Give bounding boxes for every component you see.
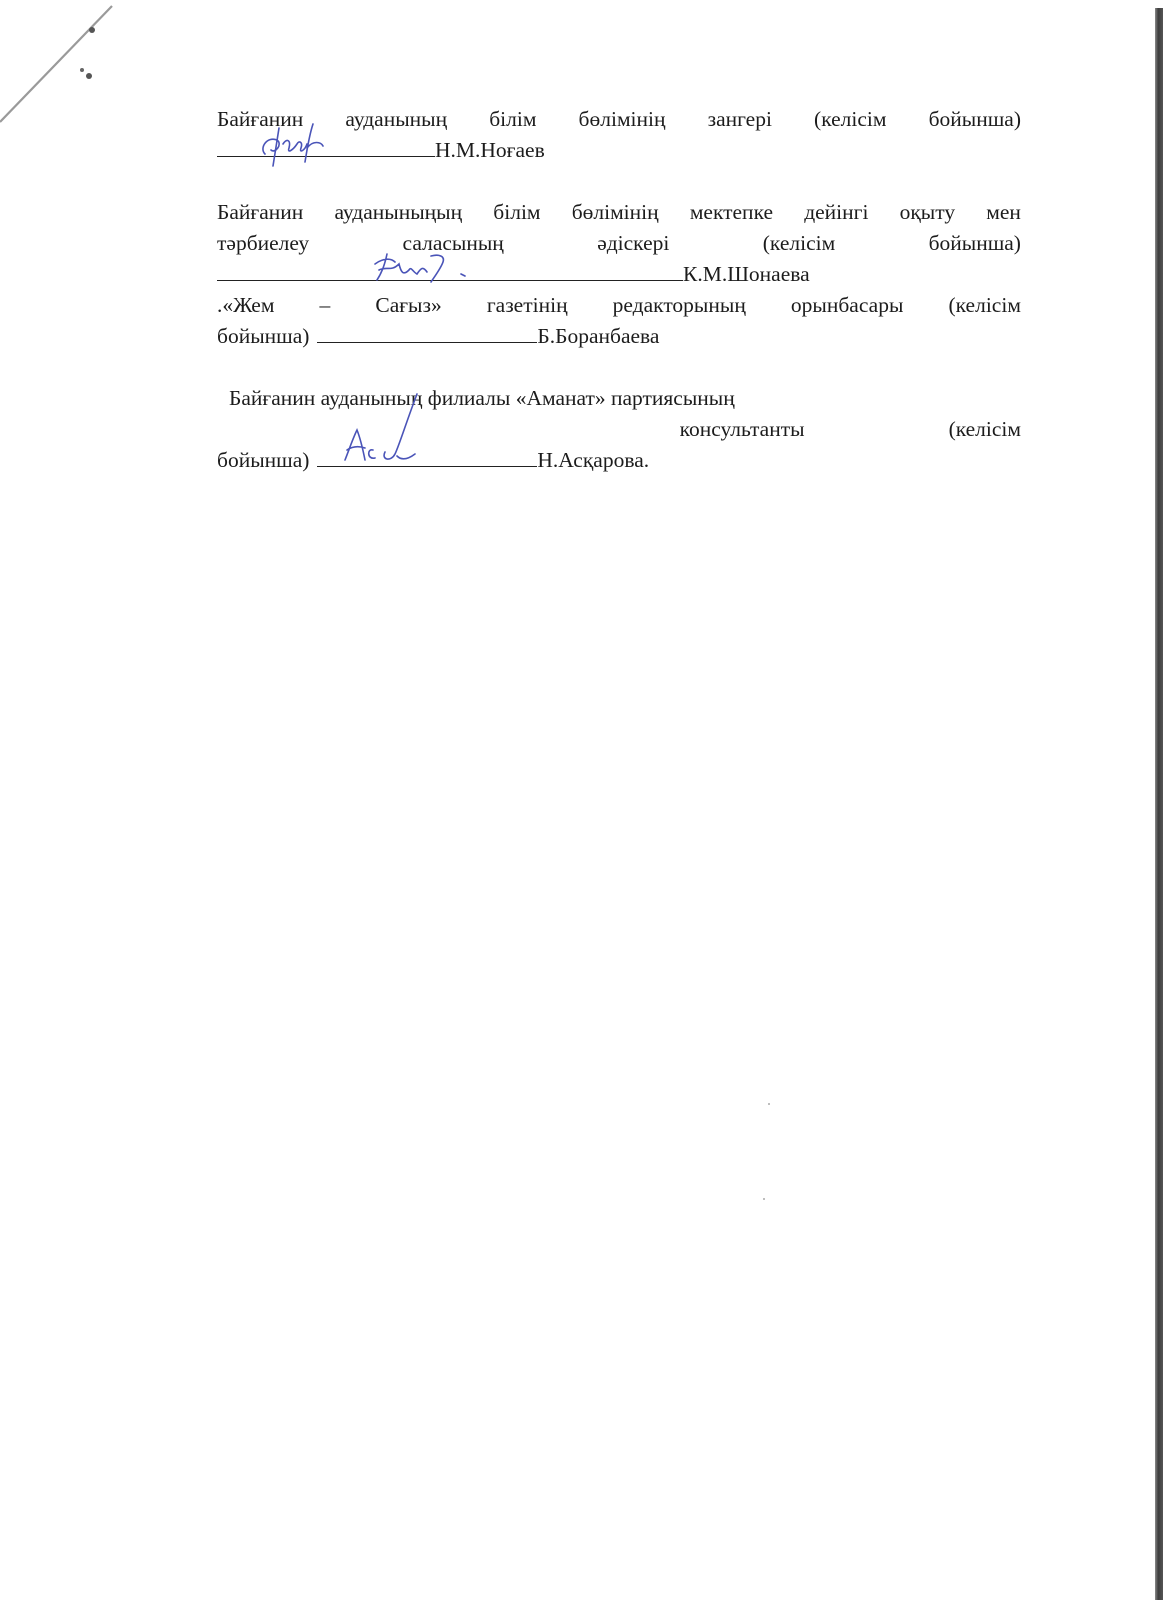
spacer: [217, 352, 1021, 383]
word: білім: [489, 104, 536, 135]
word: консультанты: [680, 414, 805, 445]
word: зангері: [708, 104, 772, 135]
approval-block-nogaev: Байғанин ауданының білім бөлімінің занге…: [217, 104, 1021, 166]
word: .«Жем: [217, 290, 274, 321]
word: (келісім: [948, 290, 1020, 321]
signature-row: бойынша) Н.Асқарова.: [217, 445, 1021, 476]
signature-line: [217, 138, 435, 157]
scan-border-edge: [1155, 8, 1163, 1600]
scan-speck: [768, 1103, 770, 1105]
spacer: [217, 166, 1021, 197]
signer-name: Б.Боранбаева: [537, 321, 659, 352]
signature-row: Н.М.Ноғаев: [217, 135, 1021, 166]
word: Байғанин: [217, 104, 303, 135]
signature-line: [317, 448, 537, 467]
approval-block-askarova: Байғанин ауданының филиалы «Аманат» парт…: [217, 383, 1021, 476]
text-line: Байғанин ауданының білім бөлімінің занге…: [217, 104, 1021, 135]
signer-name: Н.М.Ноғаев: [435, 135, 545, 166]
word: бөлімінің: [572, 197, 659, 228]
word: газетінің: [487, 290, 568, 321]
signature-row: К.М.Шонаева: [217, 259, 1021, 290]
text-line: Байғанин ауданыныңың білім бөлімінің мек…: [217, 197, 1021, 228]
word: оқыту: [900, 197, 956, 228]
word: білім: [493, 197, 540, 228]
word: ауданының: [345, 104, 447, 135]
word: бойынша): [929, 228, 1021, 259]
word: мен: [986, 197, 1021, 228]
scan-speck: [763, 1198, 765, 1200]
word: орынбасары: [791, 290, 903, 321]
word: (келісім: [949, 414, 1021, 445]
text-line: .«Жем – Сағыз» газетінің редакторының ор…: [217, 290, 1021, 321]
word: (келісім: [763, 228, 835, 259]
text-line: консультанты (келісім: [217, 414, 1021, 445]
word: (келісім: [814, 104, 886, 135]
approval-block-shonaeva: Байғанин ауданыныңың білім бөлімінің мек…: [217, 197, 1021, 290]
word: Байғанин: [217, 197, 303, 228]
signer-name: Н.Асқарова.: [537, 445, 649, 476]
word: –: [320, 290, 331, 321]
word: ауданыныңың: [334, 197, 462, 228]
word: әдіскері: [597, 228, 669, 259]
word: дейінгі: [804, 197, 868, 228]
text-segment: Байғанин ауданының филиалы «Аманат» парт…: [229, 383, 735, 414]
word: мектепке: [690, 197, 773, 228]
signer-name: К.М.Шонаева: [683, 259, 810, 290]
prefix-text: бойынша): [217, 321, 309, 352]
scan-scratch-mark: [0, 0, 130, 130]
word: саласының: [403, 228, 504, 259]
signature-line: [317, 324, 537, 343]
signature-line: [217, 262, 683, 281]
document-page: Байғанин ауданының білім бөлімінің занге…: [217, 104, 1021, 476]
word: редакторының: [613, 290, 746, 321]
signature-row: бойынша) Б.Боранбаева: [217, 321, 1021, 352]
text-line: тәрбиелеу саласының әдіскері (келісім бо…: [217, 228, 1021, 259]
word: бойынша): [929, 104, 1021, 135]
prefix-text: бойынша): [217, 445, 309, 476]
word: Сағыз»: [375, 290, 441, 321]
word: бөлімінің: [579, 104, 666, 135]
approval-block-boranbaeva: .«Жем – Сағыз» газетінің редакторының ор…: [217, 290, 1021, 352]
word: тәрбиелеу: [217, 228, 309, 259]
text-line: Байғанин ауданының филиалы «Аманат» парт…: [217, 383, 1021, 414]
